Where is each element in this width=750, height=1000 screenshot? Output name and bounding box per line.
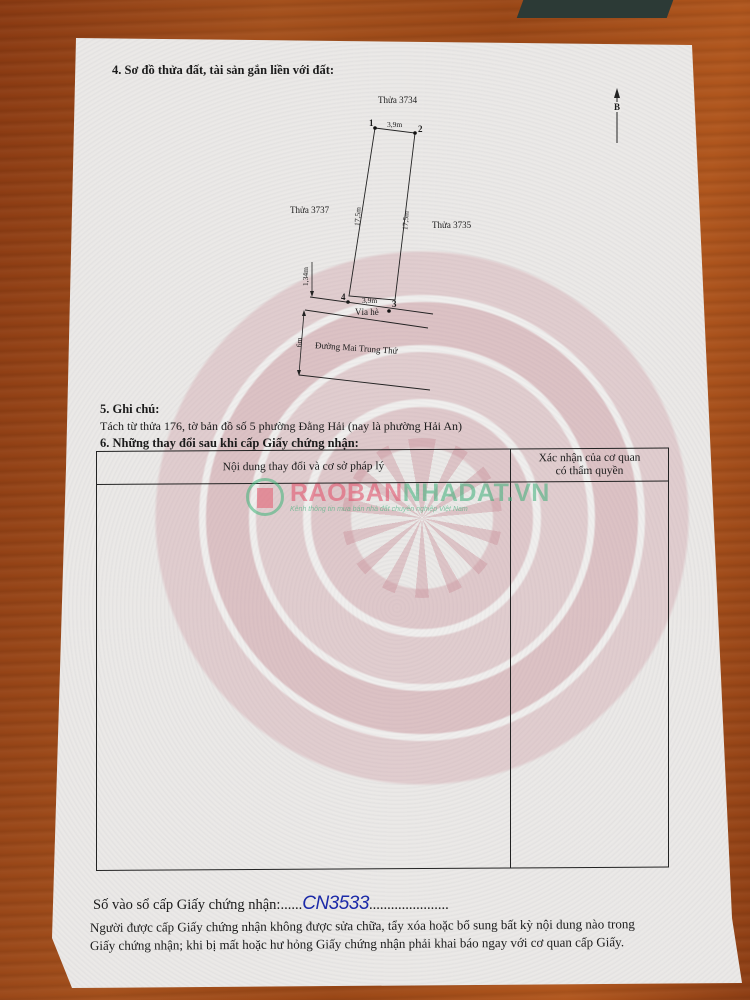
edge-top-length: 3,9m bbox=[387, 120, 402, 129]
setback-length: 1,34m bbox=[301, 267, 310, 286]
column-header-confirmation-line1: Xác nhận của cơ quan bbox=[539, 452, 641, 465]
parcel-north-label: Thửa 3734 bbox=[378, 95, 417, 105]
point-3-label: 3 bbox=[392, 299, 397, 309]
sidewalk-label: Vỉa hè bbox=[355, 307, 379, 317]
site-watermark: RAOBANNHADAT.VN Kênh thông tin mua bán n… bbox=[246, 478, 550, 516]
north-label: B bbox=[613, 102, 621, 112]
register-number-line: Số vào sổ cấp Giấy chứng nhận:......CN35… bbox=[93, 893, 449, 915]
changes-confirmation-cell bbox=[511, 481, 669, 868]
changes-content-cell bbox=[97, 482, 511, 871]
notice-line-2: Giấy chứng nhận; khi bị mất hoặc hư hỏng… bbox=[90, 932, 624, 955]
changes-table-row bbox=[97, 481, 669, 870]
parcel-west-label: Thửa 3737 bbox=[290, 205, 329, 215]
road-width-label: 6m bbox=[294, 338, 303, 348]
register-number-label: Số vào sổ cấp Giấy chứng nhận: bbox=[93, 897, 280, 913]
register-number-value: CN3533 bbox=[302, 893, 369, 914]
point-2-label: 2 bbox=[418, 124, 423, 134]
edge-right-length: 17,5m bbox=[400, 211, 410, 231]
building-logo-icon bbox=[246, 478, 284, 516]
parcel-east-label: Thửa 3735 bbox=[432, 220, 471, 230]
column-header-confirmation-line2: có thẩm quyền bbox=[556, 465, 624, 477]
watermark-brand-a: RAOBAN bbox=[290, 479, 403, 507]
section-5-note: Tách từ thửa 176, tờ bản đồ số 5 phường … bbox=[100, 419, 462, 434]
edge-bottom-length: 3,9m bbox=[362, 296, 377, 305]
point-4-label: 4 bbox=[341, 292, 346, 302]
column-header-confirmation: Xác nhận của cơ quan có thẩm quyền bbox=[511, 448, 669, 482]
edge-left-length: 17,5m bbox=[352, 207, 362, 227]
watermark-brand-b: NHADAT.VN bbox=[403, 479, 550, 507]
watermark-tagline: Kênh thông tin mua bán nhà đất chuyên ng… bbox=[290, 506, 550, 513]
section-5-heading: 5. Ghi chú: bbox=[100, 402, 159, 417]
point-1-label: 1 bbox=[369, 118, 374, 128]
